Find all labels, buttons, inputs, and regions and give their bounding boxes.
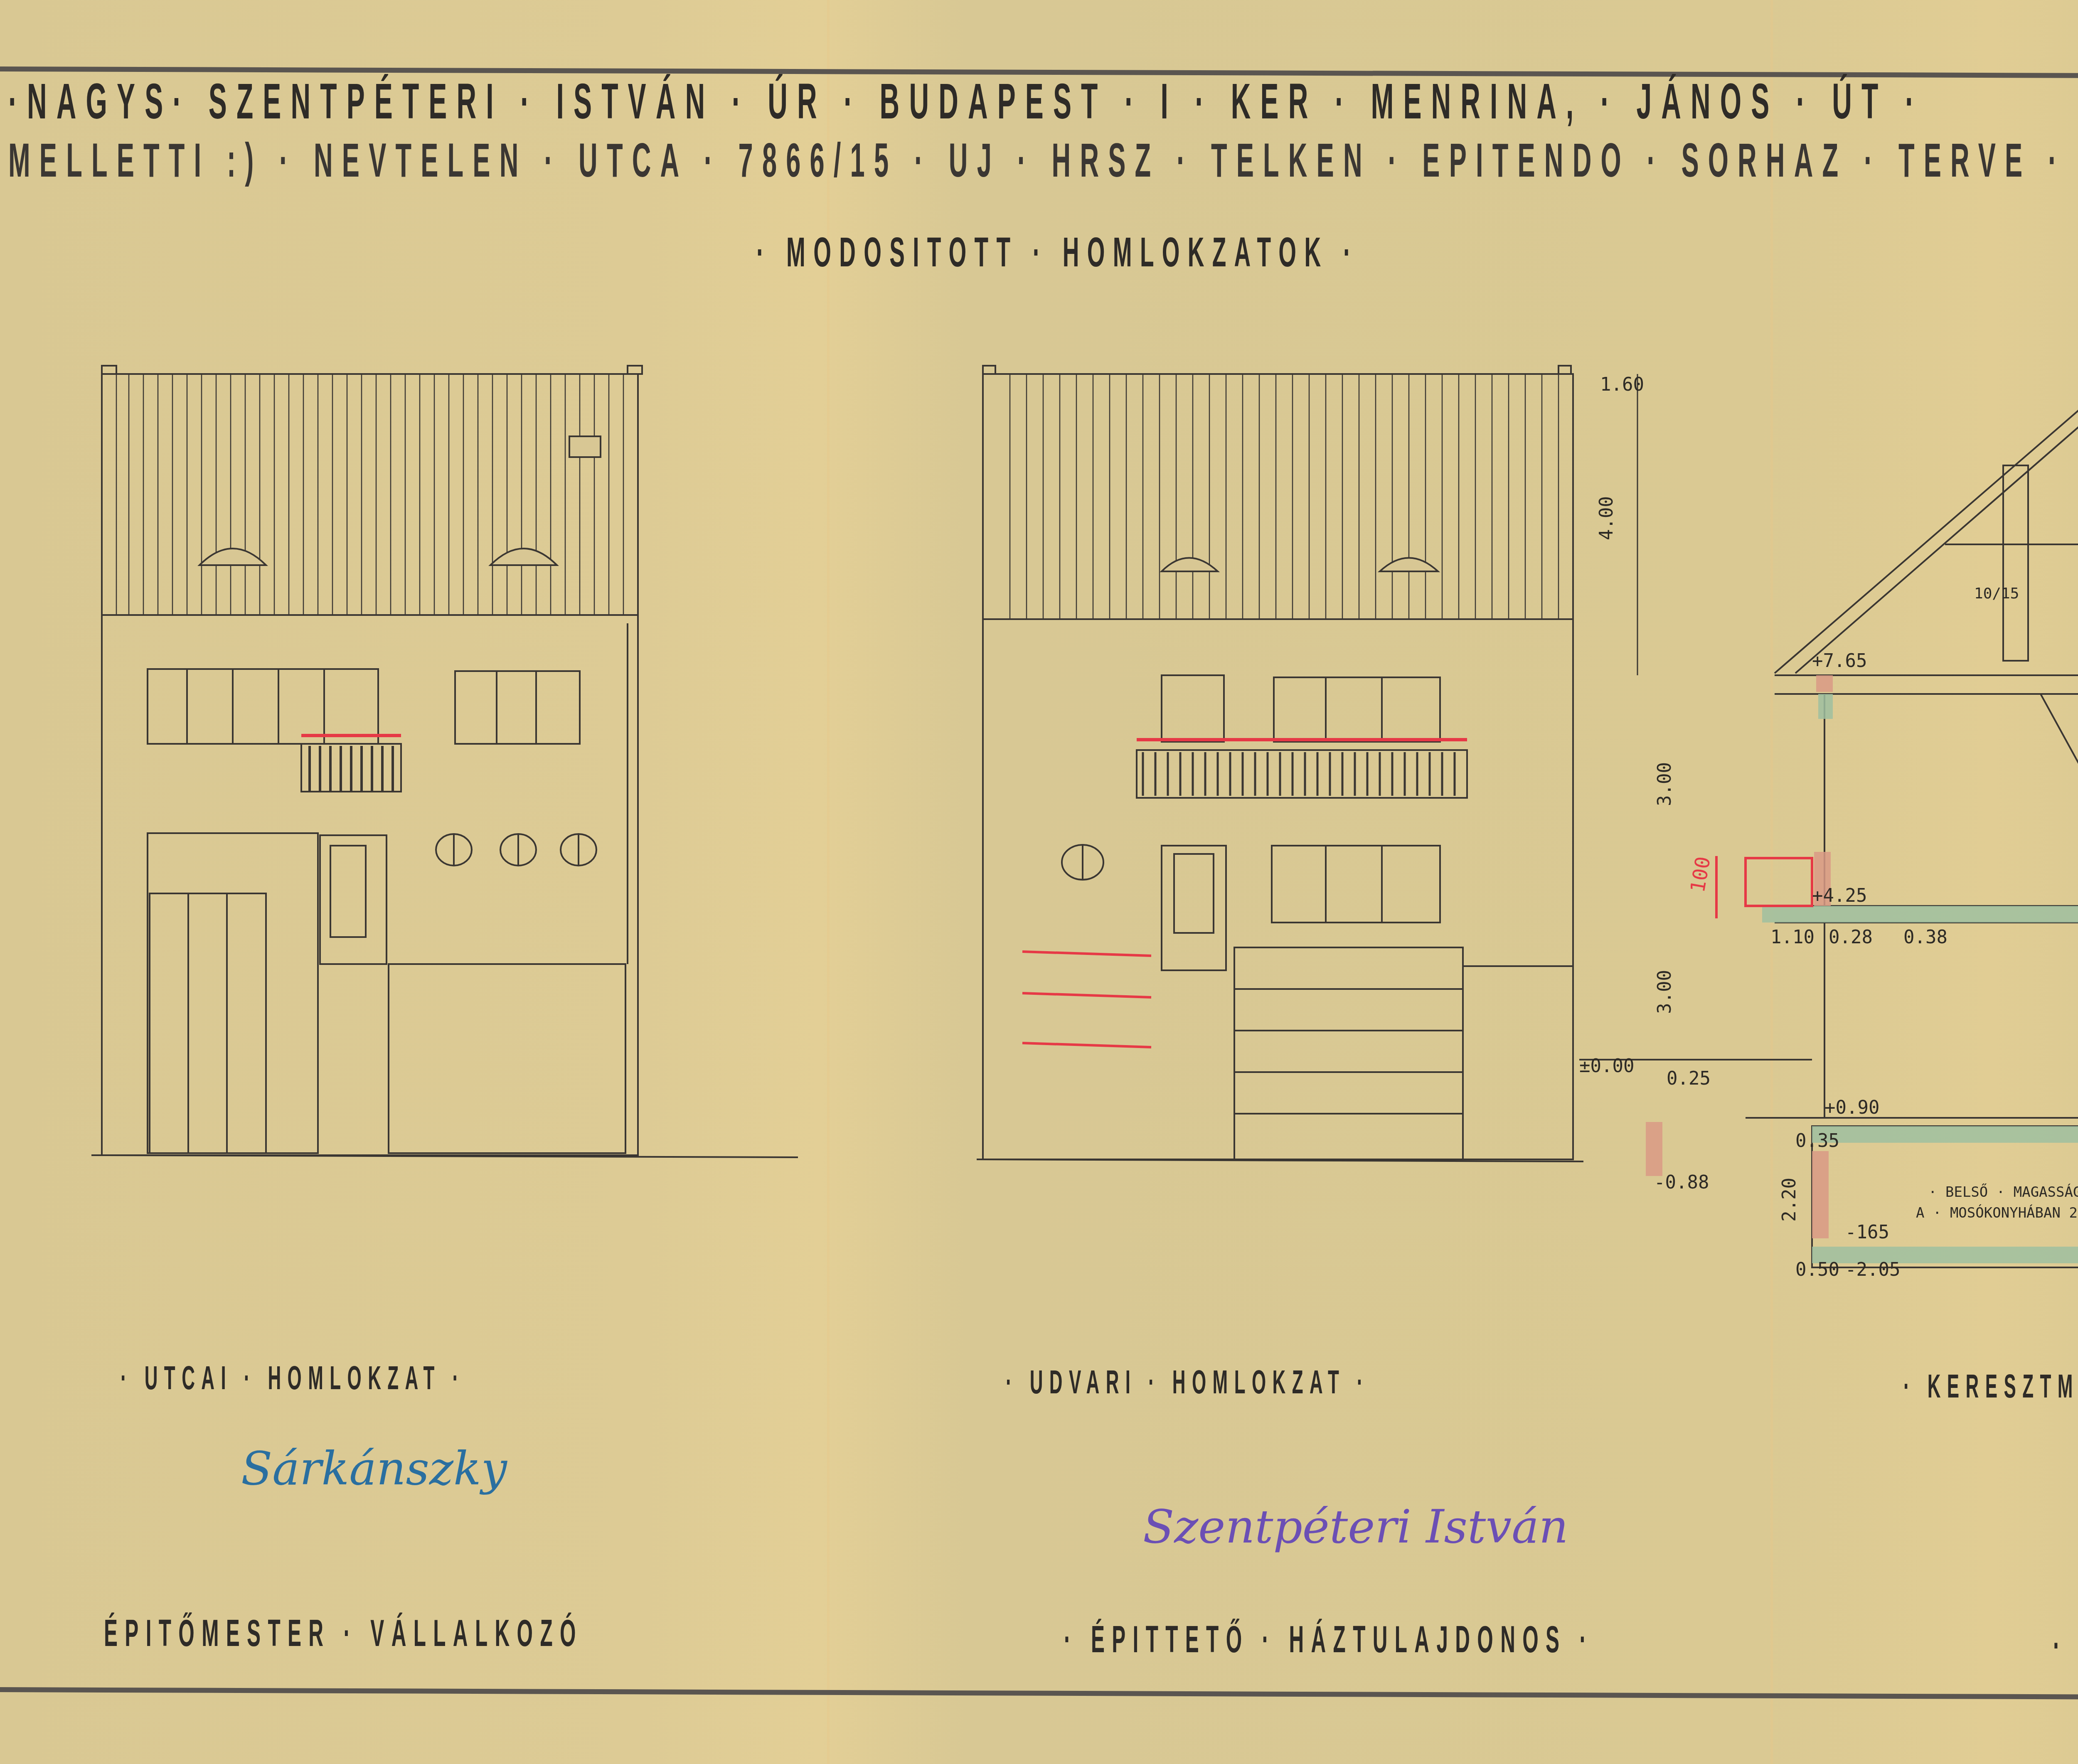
svg-text:0.35: 0.35 [1795,1130,1839,1151]
role-owner: · ÉPITTETŐ · HÁZTULAJDONOS · [1064,1619,1593,1661]
caption-street-facade: · UTCAI · HOMLOKZAT · [121,1359,465,1397]
level-neg-165: -165 [1845,1222,1889,1243]
basement-note-1: · BELSŐ · MAGASSÁG · [1928,1183,2078,1201]
level-0-00: ±0.00 [1579,1055,1634,1077]
svg-text:3.00: 3.00 [1654,762,1675,806]
subtitle: · MODOSITOTT · HOMLOKZATOK · [756,229,1359,276]
title-line-1: ·NAGYS· SZENTPÉTERI · ISTVÁN · ÚR · BUDA… [8,73,1924,130]
courtyard-facade-drawing [977,357,1583,1172]
svg-text:0.38: 0.38 [1903,927,1948,948]
role-builder: ÉPITŐMESTER · VÁLLALKOZÓ [104,1612,583,1655]
svg-text:10/15: 10/15 [1974,585,2019,602]
caption-cross-section: · KERESZTMETSZET · [1903,1367,2078,1405]
level-4-25: +4.25 [1812,885,1867,906]
svg-text:2.20: 2.20 [1779,1178,1800,1222]
svg-text:1.10: 1.10 [1770,927,1815,948]
red-railing-markup [1716,839,2078,1091]
level-neg-2-05: -2.05 [1845,1259,1900,1280]
level-neg-0-88: -0.88 [1654,1172,1709,1193]
svg-text:0.50: 0.50 [1795,1259,1839,1280]
role-engineer: · TERV. · OKL. · ÉPITÉSZMÉRNÖK · [2053,1625,2078,1668]
signature-builder: Sárkánszky [241,1442,507,1495]
level-0-90: +0.90 [1824,1097,1879,1118]
blueprint-sheet: 2 ·NAGYS· SZENTPÉTERI · ISTVÁN · ÚR · BU… [0,0,2078,1764]
caption-courtyard-facade: · UDVARI · HOMLOKZAT · [1006,1363,1369,1401]
frame-border-bottom [0,1687,2078,1702]
svg-text:1.60: 1.60 [1600,374,1644,395]
basement-note-2: A · MOSÓKONYHÁBAN 2.50 M · [1916,1204,2078,1221]
street-facade-drawing [91,357,798,1172]
level-7-65: +7.65 [1812,650,1867,672]
svg-text:0.28: 0.28 [1829,927,1873,948]
signature-owner: Szentpéteri István [1143,1500,1568,1553]
svg-text:3.00: 3.00 [1654,970,1675,1014]
svg-text:4.00: 4.00 [1596,496,1617,540]
red-annotation: 100 [1686,855,1715,894]
cross-section-drawing: 1.60 4.00 +7.65 +7.50 3.00 3.00 +4.25 1.… [1579,366,2078,1321]
svg-text:0.25: 0.25 [1667,1068,1711,1089]
concrete-wash [1762,694,2078,1263]
brick-wash [1646,675,2078,1238]
title-line-2: MELLETTI :) · NEVTELEN · UTCA · 7866/15 … [8,133,2066,188]
